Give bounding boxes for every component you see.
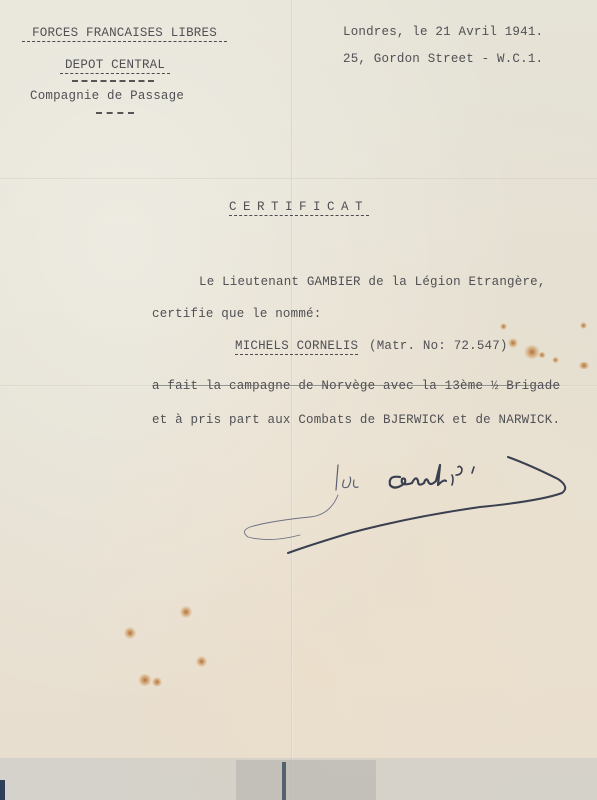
- signature: [240, 445, 580, 575]
- adhesive-tape-patch: [236, 760, 376, 800]
- divider-dashes: [72, 80, 154, 82]
- rust-stain: [524, 345, 540, 359]
- document-title: CERTIFICAT: [229, 200, 369, 216]
- background-edge: [0, 780, 5, 800]
- rust-stain: [138, 674, 152, 686]
- horizontal-crease: [0, 178, 597, 179]
- rust-stain: [578, 362, 590, 369]
- rust-stain: [500, 323, 507, 330]
- paper-tear: [282, 762, 286, 800]
- body-line-officer: Le Lieutenant GAMBIER de la Légion Etran…: [199, 275, 546, 289]
- organization-heading: FORCES FRANCAISES LIBRES: [22, 26, 227, 42]
- rust-stain: [580, 322, 587, 329]
- department-heading: DEPOT CENTRAL: [60, 58, 170, 74]
- rust-stain: [196, 656, 207, 667]
- unit-heading: Compagnie de Passage: [30, 89, 184, 103]
- vertical-fold-line: [291, 0, 293, 800]
- body-line-certifies: certifie que le nommé:: [152, 307, 321, 321]
- rust-stain: [552, 357, 559, 363]
- rust-stain: [508, 338, 518, 348]
- matriculation-number: (Matr. No: 72.547): [369, 339, 508, 353]
- rust-stain: [152, 677, 162, 687]
- rust-stain: [538, 352, 546, 358]
- soldier-name: MICHELS CORNELIS: [235, 339, 358, 355]
- document-paper: [0, 0, 597, 800]
- rust-stain: [180, 606, 192, 618]
- divider-dashes: [96, 112, 134, 114]
- body-line-combats: et à pris part aux Combats de BJERWICK e…: [152, 413, 560, 427]
- place-date: Londres, le 21 Avril 1941.: [343, 25, 543, 39]
- rust-stain: [124, 627, 136, 639]
- address: 25, Gordon Street - W.C.1.: [343, 52, 543, 66]
- body-line-campaign: a fait la campagne de Norvège avec la 13…: [152, 379, 560, 393]
